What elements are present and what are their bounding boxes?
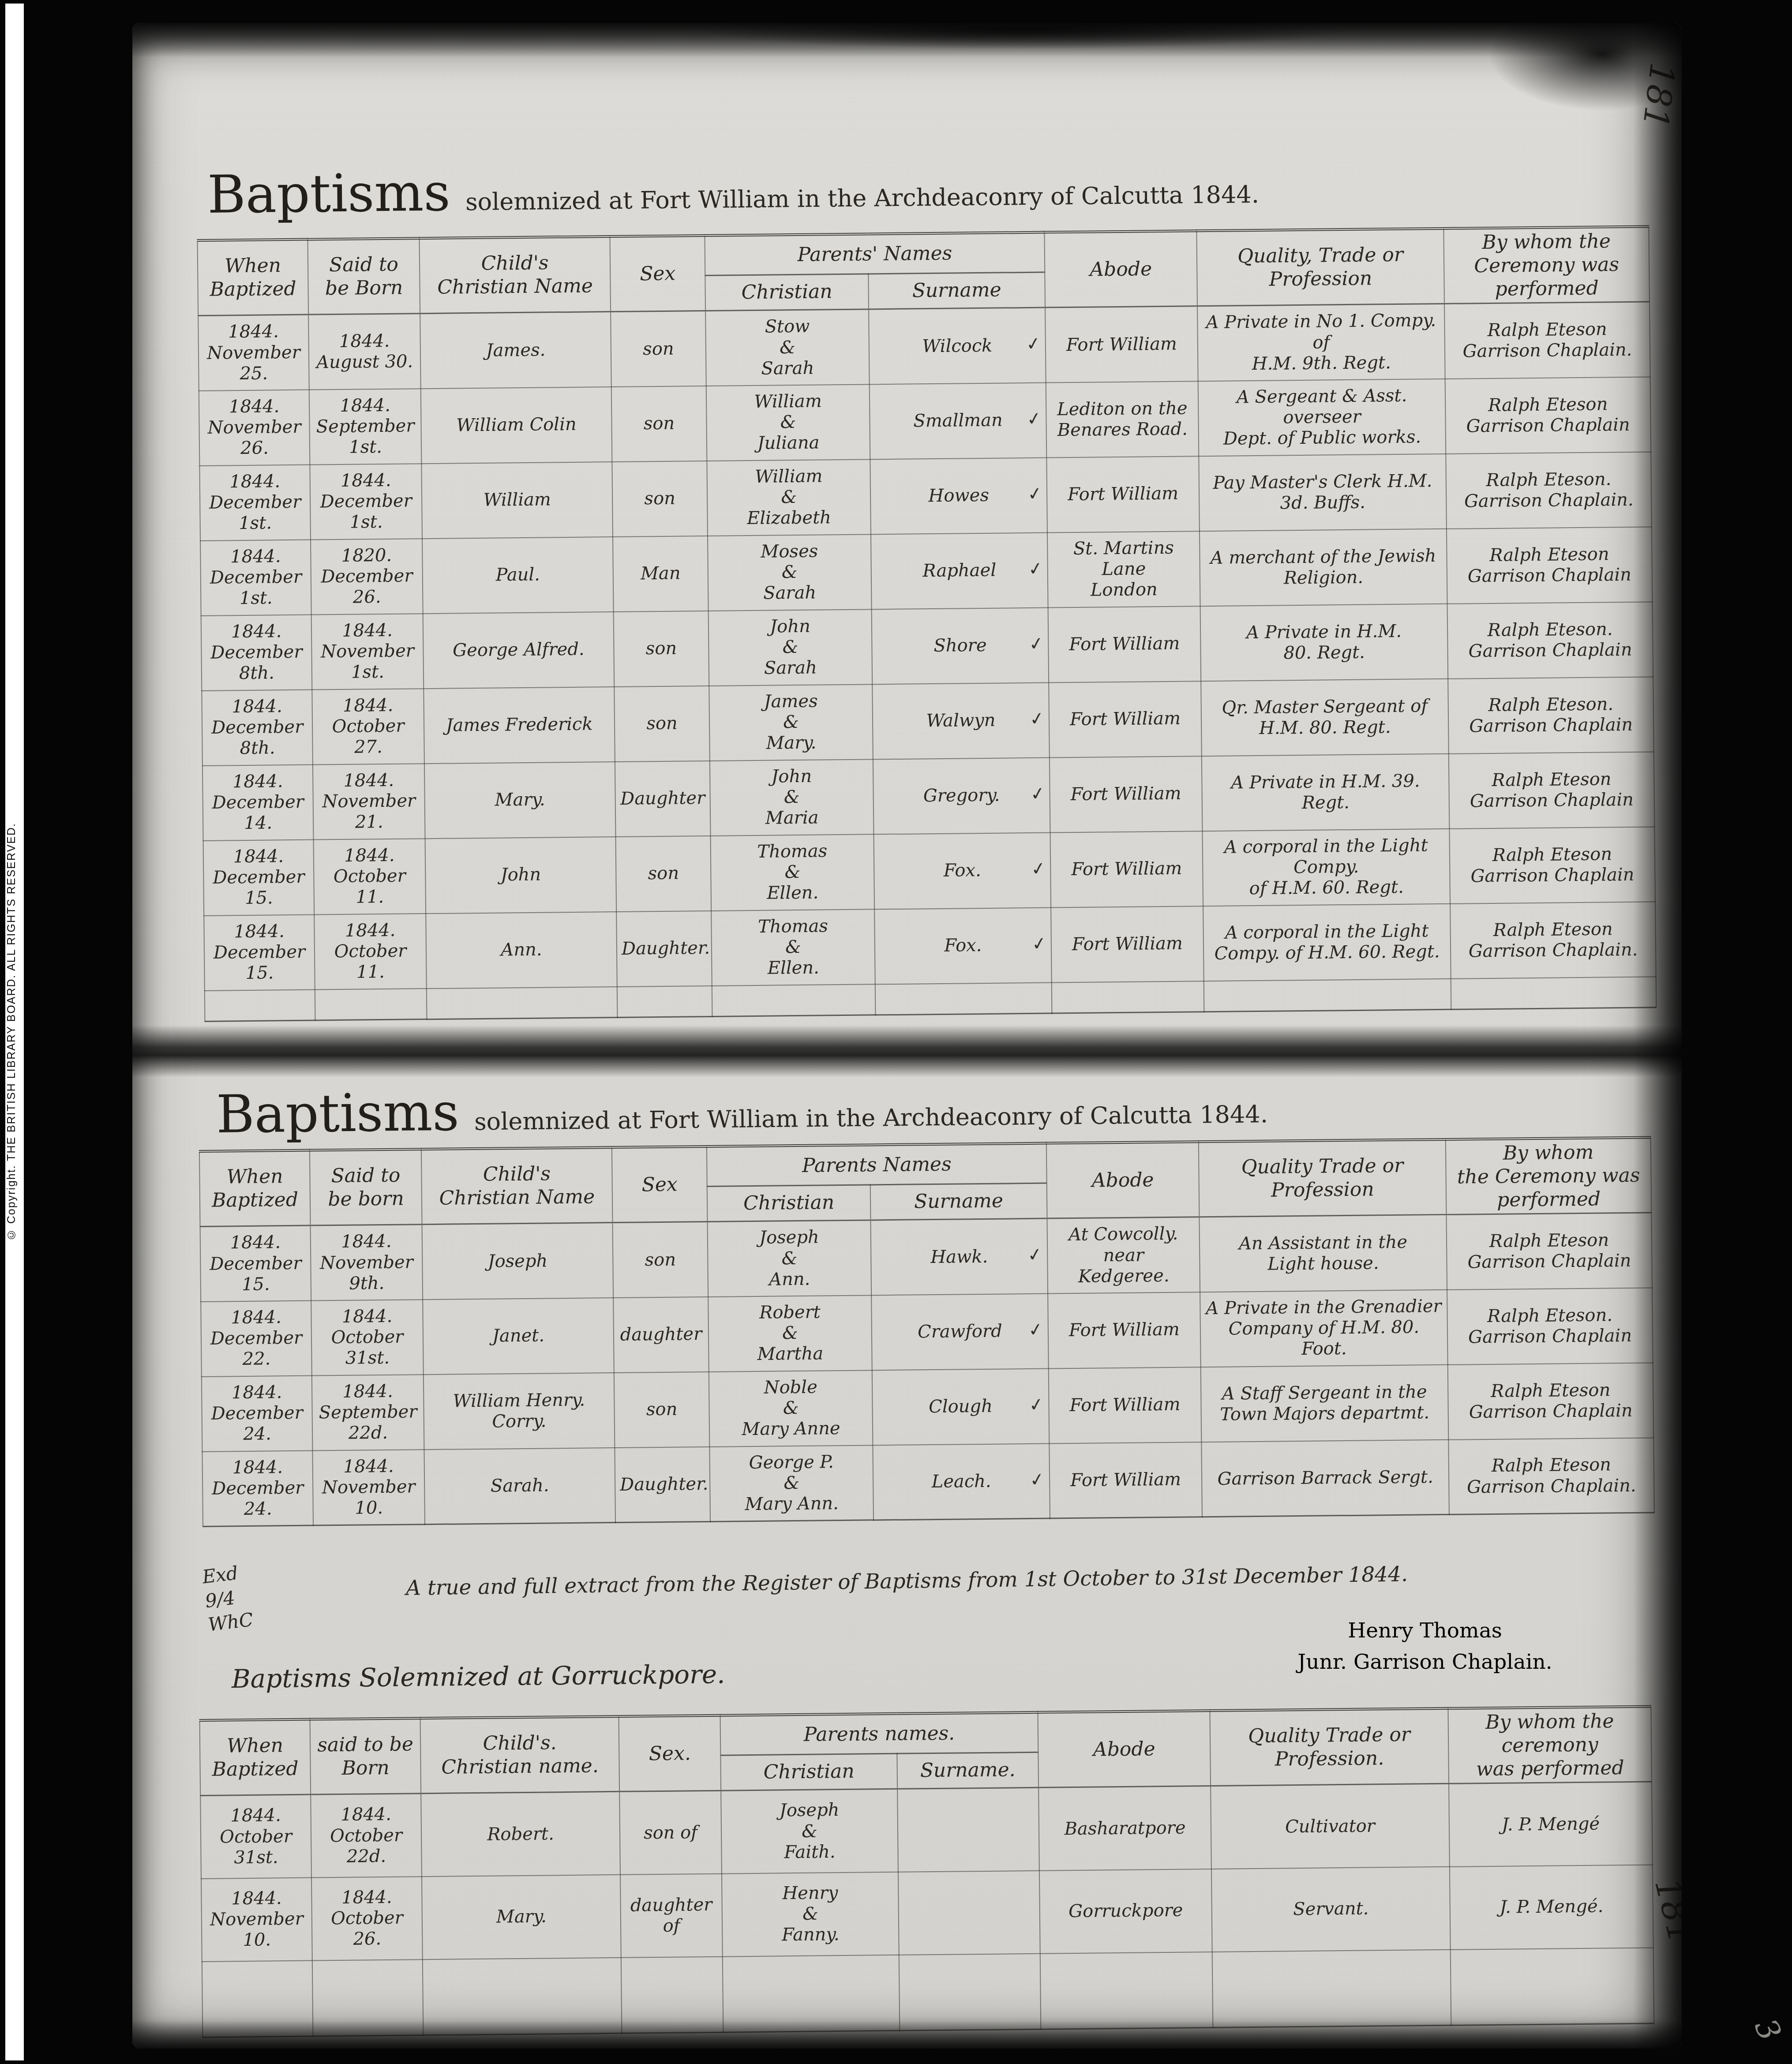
baptism-entry-row: 1844. December 24. 1844. September 22d. … (202, 1363, 1653, 1452)
cell-sex: son (614, 686, 710, 762)
cell-parent-surname: Shore✓ (872, 607, 1049, 684)
cell-parent-christian: Joseph & Faith. (721, 1789, 898, 1874)
cell-when-baptized: 1844. December 15. (203, 839, 315, 915)
margin-number: 3 (1747, 2013, 1788, 2046)
cell-parent-surname: Smallman✓ (870, 382, 1047, 459)
cell-said-born: 1844. December 1st. (310, 464, 422, 539)
cell-when-baptized: 1844. December 15. (204, 914, 315, 990)
cell-by-whom: J. P. Mengé. (1450, 1865, 1653, 1949)
register1-title: Baptisms solemnized at Fort William in t… (207, 158, 1259, 221)
cell-sex: son (613, 1222, 709, 1298)
cell-parent-surname: Gregory.✓ (873, 757, 1050, 834)
cell-parent-christian: Robert & Martha (708, 1295, 872, 1372)
baptism-entry-row: 1844. December 1st. 1844. December 1st. … (199, 452, 1651, 541)
cell-child-name: Mary. (422, 1875, 621, 1959)
cell-by-whom: Ralph Eteson Garrison Chaplain. (1448, 1438, 1654, 1514)
cell-by-whom: Ralph Eteson Garrison Chaplain. (1444, 302, 1650, 378)
cell-when-baptized: 1844. November 25. (198, 315, 309, 391)
cell-when-baptized: 1844. December 8th. (202, 689, 313, 765)
cell-abode: Fort William (1051, 906, 1204, 982)
cell-said-born: 1844. October 22d. (311, 1794, 422, 1877)
col-header-parent-surname: Surname (870, 1183, 1047, 1220)
col-header-bywhom: By whom the Ceremony was performed (1446, 1137, 1652, 1214)
cell-child-name: William Colin (421, 387, 612, 464)
cell-parent-christian: William & Juliana (706, 384, 870, 461)
fort-william-register-1: When Baptized Said to be Born Child's Ch… (197, 225, 1657, 1022)
cell-quality: A merchant of the Jewish Religion. (1200, 529, 1447, 606)
col-header-quality: Quality, Trade or Profession (1196, 229, 1444, 306)
cell-abode: Fort William (1049, 1442, 1202, 1518)
cell-quality: A Sergeant & Asst. overseer Dept. of Pub… (1198, 379, 1446, 456)
cell-parent-christian: Stow & Sarah (705, 309, 870, 386)
cell-sex: son (612, 461, 708, 537)
cell-parent-surname (898, 1871, 1040, 1955)
cell-sex: son (614, 1372, 710, 1448)
baptism-entry-row: 1844. December 22. 1844. October 31st. J… (201, 1288, 1653, 1377)
cell-abode: Fort William (1048, 1292, 1201, 1368)
col-header-parent-surname: Surname (868, 272, 1045, 309)
col-header-when: When Baptized (199, 1150, 311, 1227)
baptism-entry-row: 1844. December 1st. 1820. December 26. P… (200, 527, 1652, 616)
col-header-parent-surname: Surname. (897, 1752, 1038, 1789)
cell-abode: Lediton on the Benares Road. (1046, 381, 1199, 457)
check-mark: ✓ (1027, 1319, 1045, 1342)
cell-said-born: 1844. October 31st. (311, 1300, 424, 1375)
cell-quality: A corporal in the Light Compy. of H.M. 6… (1203, 904, 1451, 981)
cell-abode: St. Martins Lane London (1047, 531, 1200, 607)
cell-said-born: 1820. December 26. (311, 539, 423, 614)
baptism-entry-row: 1844. October 31st. 1844. October 22d. R… (200, 1782, 1653, 1879)
register2-title-rest: solemnized at Fort William in the Archde… (474, 1100, 1268, 1135)
check-mark: ✓ (1026, 1244, 1044, 1267)
col-header-when: When Baptized (200, 1719, 311, 1796)
col-header-parent-christian: Christian (720, 1753, 897, 1791)
cell-quality: A corporal in the Light Compy. of H.M. 6… (1202, 829, 1450, 906)
cell-parent-christian: Joseph & Ann. (708, 1220, 872, 1297)
copyright-text: © Copyright. THE BRITISH LIBRARY BOARD. … (5, 811, 18, 1252)
signature-name: Henry Thomas (1226, 1615, 1623, 1647)
cell-parent-surname: Wilcock✓ (869, 307, 1046, 384)
cell-said-born: 1844. October 11. (314, 839, 426, 914)
col-header-parents: Parents' Names (705, 232, 1045, 276)
cell-parent-surname: Clough✓ (872, 1368, 1050, 1445)
cell-child-name: Joseph (422, 1223, 614, 1300)
col-header-parents: Parents Names (707, 1143, 1047, 1187)
cell-quality: A Staff Sergeant in the Town Majors depa… (1201, 1365, 1449, 1442)
cell-when-baptized: 1844. December 24. (202, 1450, 313, 1526)
examiner-marginalia: Exd 9/4 WhC (201, 1560, 255, 1637)
cell-abode: Basharatpore (1038, 1786, 1211, 1871)
cell-when-baptized: 1844. November 26. (199, 390, 310, 466)
cell-parent-surname: Fox.✓ (874, 907, 1052, 984)
signature-block: Henry Thomas Junr. Garrison Chaplain. (1226, 1615, 1623, 1678)
cell-parent-surname: Howes✓ (870, 457, 1047, 534)
cell-when-baptized: 1844. December 1st. (199, 464, 311, 540)
cell-parent-surname: Walwyn✓ (872, 682, 1050, 759)
cell-by-whom: Ralph Eteson Garrison Chaplain. (1450, 902, 1656, 978)
cell-parent-christian: Moses & Sarah (708, 534, 872, 611)
cell-when-baptized: 1844. December 1st. (200, 539, 311, 615)
cell-abode: Fort William (1046, 456, 1200, 532)
cell-when-baptized: 1844. November 10. (201, 1877, 312, 1961)
col-header-parent-christian: Christian (707, 1185, 871, 1222)
cell-sex: son (614, 611, 709, 687)
cell-by-whom: Ralph Eteson Garrison Chaplain (1449, 827, 1655, 903)
col-header-bywhom: By whom the ceremony was performed (1448, 1706, 1652, 1783)
cell-when-baptized: 1844. December 24. (202, 1375, 313, 1451)
col-header-born: Said to be Born (307, 238, 420, 315)
cell-by-whom: J. P. Mengé (1449, 1782, 1653, 1866)
cell-sex: son of (619, 1791, 722, 1875)
cell-when-baptized: 1844. December 14. (202, 764, 314, 840)
cell-said-born: 1844. October 27. (312, 689, 424, 764)
cell-said-born: 1844. November 21. (313, 764, 425, 839)
check-mark: ✓ (1029, 783, 1046, 806)
cell-said-born: 1844. September 1st. (309, 389, 422, 464)
baptism-entry-row: 1844. December 15. 1844. October 11. Joh… (203, 827, 1655, 916)
cell-by-whom: Ralph Eteson. Garrison Chaplain (1447, 1288, 1653, 1364)
check-mark: ✓ (1030, 933, 1048, 956)
cell-when-baptized: 1844. October 31st. (200, 1794, 311, 1878)
check-mark: ✓ (1024, 333, 1042, 356)
cell-sex: Daughter. (615, 1447, 710, 1523)
cell-child-name: James. (420, 312, 611, 389)
cell-quality: Garrison Barrack Sergt. (1201, 1440, 1449, 1517)
cell-abode: Fort William (1050, 831, 1203, 907)
cell-parent-surname: Crawford✓ (871, 1293, 1049, 1370)
book-edge-bottom (132, 2020, 1682, 2049)
scanned-register-page: Baptisms solemnized at Fort William in t… (132, 23, 1682, 2049)
col-header-child-name: Child's Christian Name (421, 1147, 613, 1225)
col-header-bywhom: By whom the Ceremony was performed (1443, 226, 1650, 303)
cell-child-name: George Alfred. (423, 612, 615, 689)
baptism-entry-row: 1844. December 14. 1844. November 21. Ma… (202, 752, 1654, 841)
check-mark: ✓ (1025, 408, 1043, 431)
register1-title-word: Baptisms (207, 166, 450, 221)
book-page-fold (132, 1025, 1682, 1077)
cell-sex: Daughter. (616, 911, 712, 987)
cell-said-born: 1844. November 1st. (311, 614, 424, 689)
cell-quality: A Private in the Grenadier Company of H.… (1200, 1290, 1448, 1367)
cell-abode: Fort William (1050, 756, 1203, 832)
col-header-sex: Sex (610, 236, 705, 312)
col-header-quality: Quality Trade or Profession. (1210, 1708, 1449, 1786)
signature-title: Junr. Garrison Chaplain. (1226, 1647, 1623, 1678)
cell-child-name: Robert. (421, 1792, 620, 1877)
cell-when-baptized: 1844. December 22. (201, 1300, 312, 1376)
cell-child-name: Janet. (423, 1298, 614, 1375)
cell-quality: A Private in H.M. 39. Regt. (1202, 754, 1450, 831)
cell-parent-christian: Thomas & Ellen. (711, 834, 875, 911)
baptism-entry-row: 1844. November 10. 1844. October 26. Mar… (201, 1865, 1653, 1962)
cell-quality: Servant. (1211, 1867, 1451, 1952)
extract-statement: A true and full extract from the Registe… (406, 1562, 1408, 1600)
cell-by-whom: Ralph Eteson. Garrison Chaplain (1448, 677, 1654, 753)
cell-child-name: John (425, 837, 617, 914)
baptism-entry-row: 1844. December 8th. 1844. October 27. Ja… (202, 677, 1653, 766)
cell-sex: son (616, 836, 712, 912)
cell-said-born: 1844. August 30. (308, 314, 421, 390)
book-edge-right (1633, 23, 1682, 2049)
cell-by-whom: Ralph Eteson. Garrison Chaplain. (1446, 452, 1652, 528)
cell-said-born: 1844. October 26. (311, 1877, 423, 1960)
cell-abode: At Cowcolly. near Kedgeree. (1047, 1217, 1200, 1293)
baptism-entry-row: 1844. November 26. 1844. September 1st. … (199, 377, 1651, 466)
cell-sex: Daughter (615, 761, 711, 837)
cell-by-whom: Ralph Eteson Garrison Chaplain (1445, 377, 1651, 453)
gorruckpore-register: When Baptized said to be Born Child's. C… (199, 1705, 1655, 2038)
cell-said-born: 1844. September 22d. (312, 1375, 424, 1450)
cell-abode: Fort William (1049, 1367, 1202, 1443)
copyright-strip: © Copyright. THE BRITISH LIBRARY BOARD. … (5, 4, 24, 2060)
cell-by-whom: Ralph Eteson Garrison Chaplain (1449, 752, 1655, 828)
cell-by-whom: Ralph Eteson. Garrison Chaplain (1447, 602, 1653, 678)
col-header-child-name: Child's. Christian name. (420, 1716, 620, 1794)
col-header-sex: Sex. (619, 1716, 721, 1792)
check-mark: ✓ (1026, 483, 1043, 506)
cell-abode: Fort William (1049, 681, 1202, 757)
cell-parent-christian: John & Sarah (709, 609, 873, 686)
cell-sex: daughter (613, 1297, 709, 1373)
baptism-entry-row: 1844. December 8th. 1844. November 1st. … (201, 602, 1653, 691)
cell-child-name: William Henry. Corry. (424, 1373, 615, 1450)
cell-abode: Fort William (1048, 606, 1201, 682)
col-header-sex: Sex (612, 1146, 708, 1223)
cell-parent-christian: Henry & Fanny. (722, 1872, 899, 1957)
cell-parent-surname: Fox.✓ (874, 832, 1051, 909)
cell-child-name: Mary. (424, 762, 616, 839)
check-mark: ✓ (1028, 1394, 1046, 1417)
col-header-abode: Abode (1044, 231, 1197, 307)
cell-by-whom: Ralph Eteson Garrison Chaplain (1446, 1213, 1652, 1289)
cell-parent-surname: Raphael✓ (871, 532, 1048, 609)
cell-parent-christian: Noble & Mary Anne (709, 1370, 873, 1447)
register2-title: Baptisms solemnized at Fort William in t… (216, 1078, 1268, 1140)
cell-parent-christian: George P. & Mary Ann. (709, 1445, 874, 1522)
cell-quality: An Assistant in the Light house. (1199, 1215, 1447, 1292)
cell-parent-christian: William & Elizabeth (707, 459, 871, 536)
col-header-born: said to be Born (310, 1718, 421, 1794)
register2-title-word: Baptisms (216, 1086, 459, 1140)
cell-child-name: Paul. (422, 537, 614, 614)
cell-parent-surname (897, 1788, 1039, 1872)
cell-parent-christian: Thomas & Ellen. (711, 909, 875, 986)
cell-sex: son (611, 311, 706, 387)
cell-abode: Gorruckpore (1039, 1869, 1212, 1954)
cell-child-name: Ann. (426, 912, 617, 989)
cell-child-name: Sarah. (424, 1448, 615, 1525)
col-header-born: Said to be born (310, 1149, 422, 1225)
cell-quality: A Private in No 1. Compy. of H.M. 9th. R… (1197, 304, 1445, 381)
check-mark: ✓ (1027, 558, 1044, 581)
col-header-quality: Quality Trade or Profession (1199, 1139, 1447, 1217)
check-mark: ✓ (1028, 1468, 1046, 1491)
check-mark: ✓ (1029, 858, 1047, 881)
cell-said-born: 1844. November 10. (312, 1450, 425, 1525)
cell-when-baptized: 1844. December 15. (200, 1225, 311, 1301)
fort-william-register-2: When Baptized Said to be born Child's Ch… (199, 1136, 1655, 1527)
cell-sex: Man (613, 536, 709, 612)
check-mark: ✓ (1027, 633, 1045, 656)
cell-quality: Cultivator (1211, 1784, 1450, 1869)
cell-abode: Fort William (1045, 306, 1198, 382)
cell-when-baptized: 1844. December 8th. (201, 614, 312, 690)
cell-parent-christian: John & Maria (710, 759, 874, 836)
cell-parent-christian: James & Mary. (709, 684, 873, 761)
cell-said-born: 1844. October 11. (314, 914, 427, 989)
col-header-abode: Abode (1038, 1711, 1211, 1788)
gorruckpore-title: Baptisms Solemnized at Gorruckpore. (232, 1659, 725, 1694)
cell-sex: daughter of (620, 1874, 723, 1958)
col-header-parents: Parents names. (720, 1712, 1038, 1756)
col-header-child-name: Child's Christian Name (419, 236, 611, 314)
col-header-when: When Baptized (198, 240, 309, 316)
register1-title-rest: solemnized at Fort William in the Archde… (465, 180, 1260, 216)
cell-by-whom: Ralph Eteson Garrison Chaplain (1447, 527, 1653, 603)
cell-parent-surname: Leach.✓ (873, 1443, 1050, 1520)
baptism-entry-row: 1844. November 25. 1844. August 30. Jame… (198, 302, 1650, 391)
cell-sex: son (611, 386, 707, 462)
cell-said-born: 1844. November 9th. (311, 1225, 423, 1300)
col-header-parent-christian: Christian (705, 274, 869, 311)
cell-child-name: William (421, 462, 613, 539)
cell-quality: Qr. Master Sergeant of H.M. 80. Regt. (1201, 679, 1449, 756)
cell-child-name: James Frederick (424, 687, 615, 764)
cell-quality: Pay Master's Clerk H.M. 3d. Buffs. (1199, 454, 1447, 531)
cell-parent-surname: Hawk.✓ (870, 1218, 1048, 1295)
cell-by-whom: Ralph Eteson Garrison Chaplain (1448, 1363, 1654, 1439)
cell-quality: A Private in H.M. 80. Regt. (1200, 604, 1448, 681)
check-mark: ✓ (1028, 708, 1046, 731)
baptism-entry-row: 1844. December 15. 1844. October 11. Ann… (204, 902, 1656, 991)
baptism-entry-row: 1844. December 15. 1844. November 9th. J… (200, 1213, 1652, 1302)
baptism-entry-row: 1844. December 24. 1844. November 10. Sa… (202, 1438, 1654, 1527)
col-header-abode: Abode (1046, 1142, 1200, 1218)
